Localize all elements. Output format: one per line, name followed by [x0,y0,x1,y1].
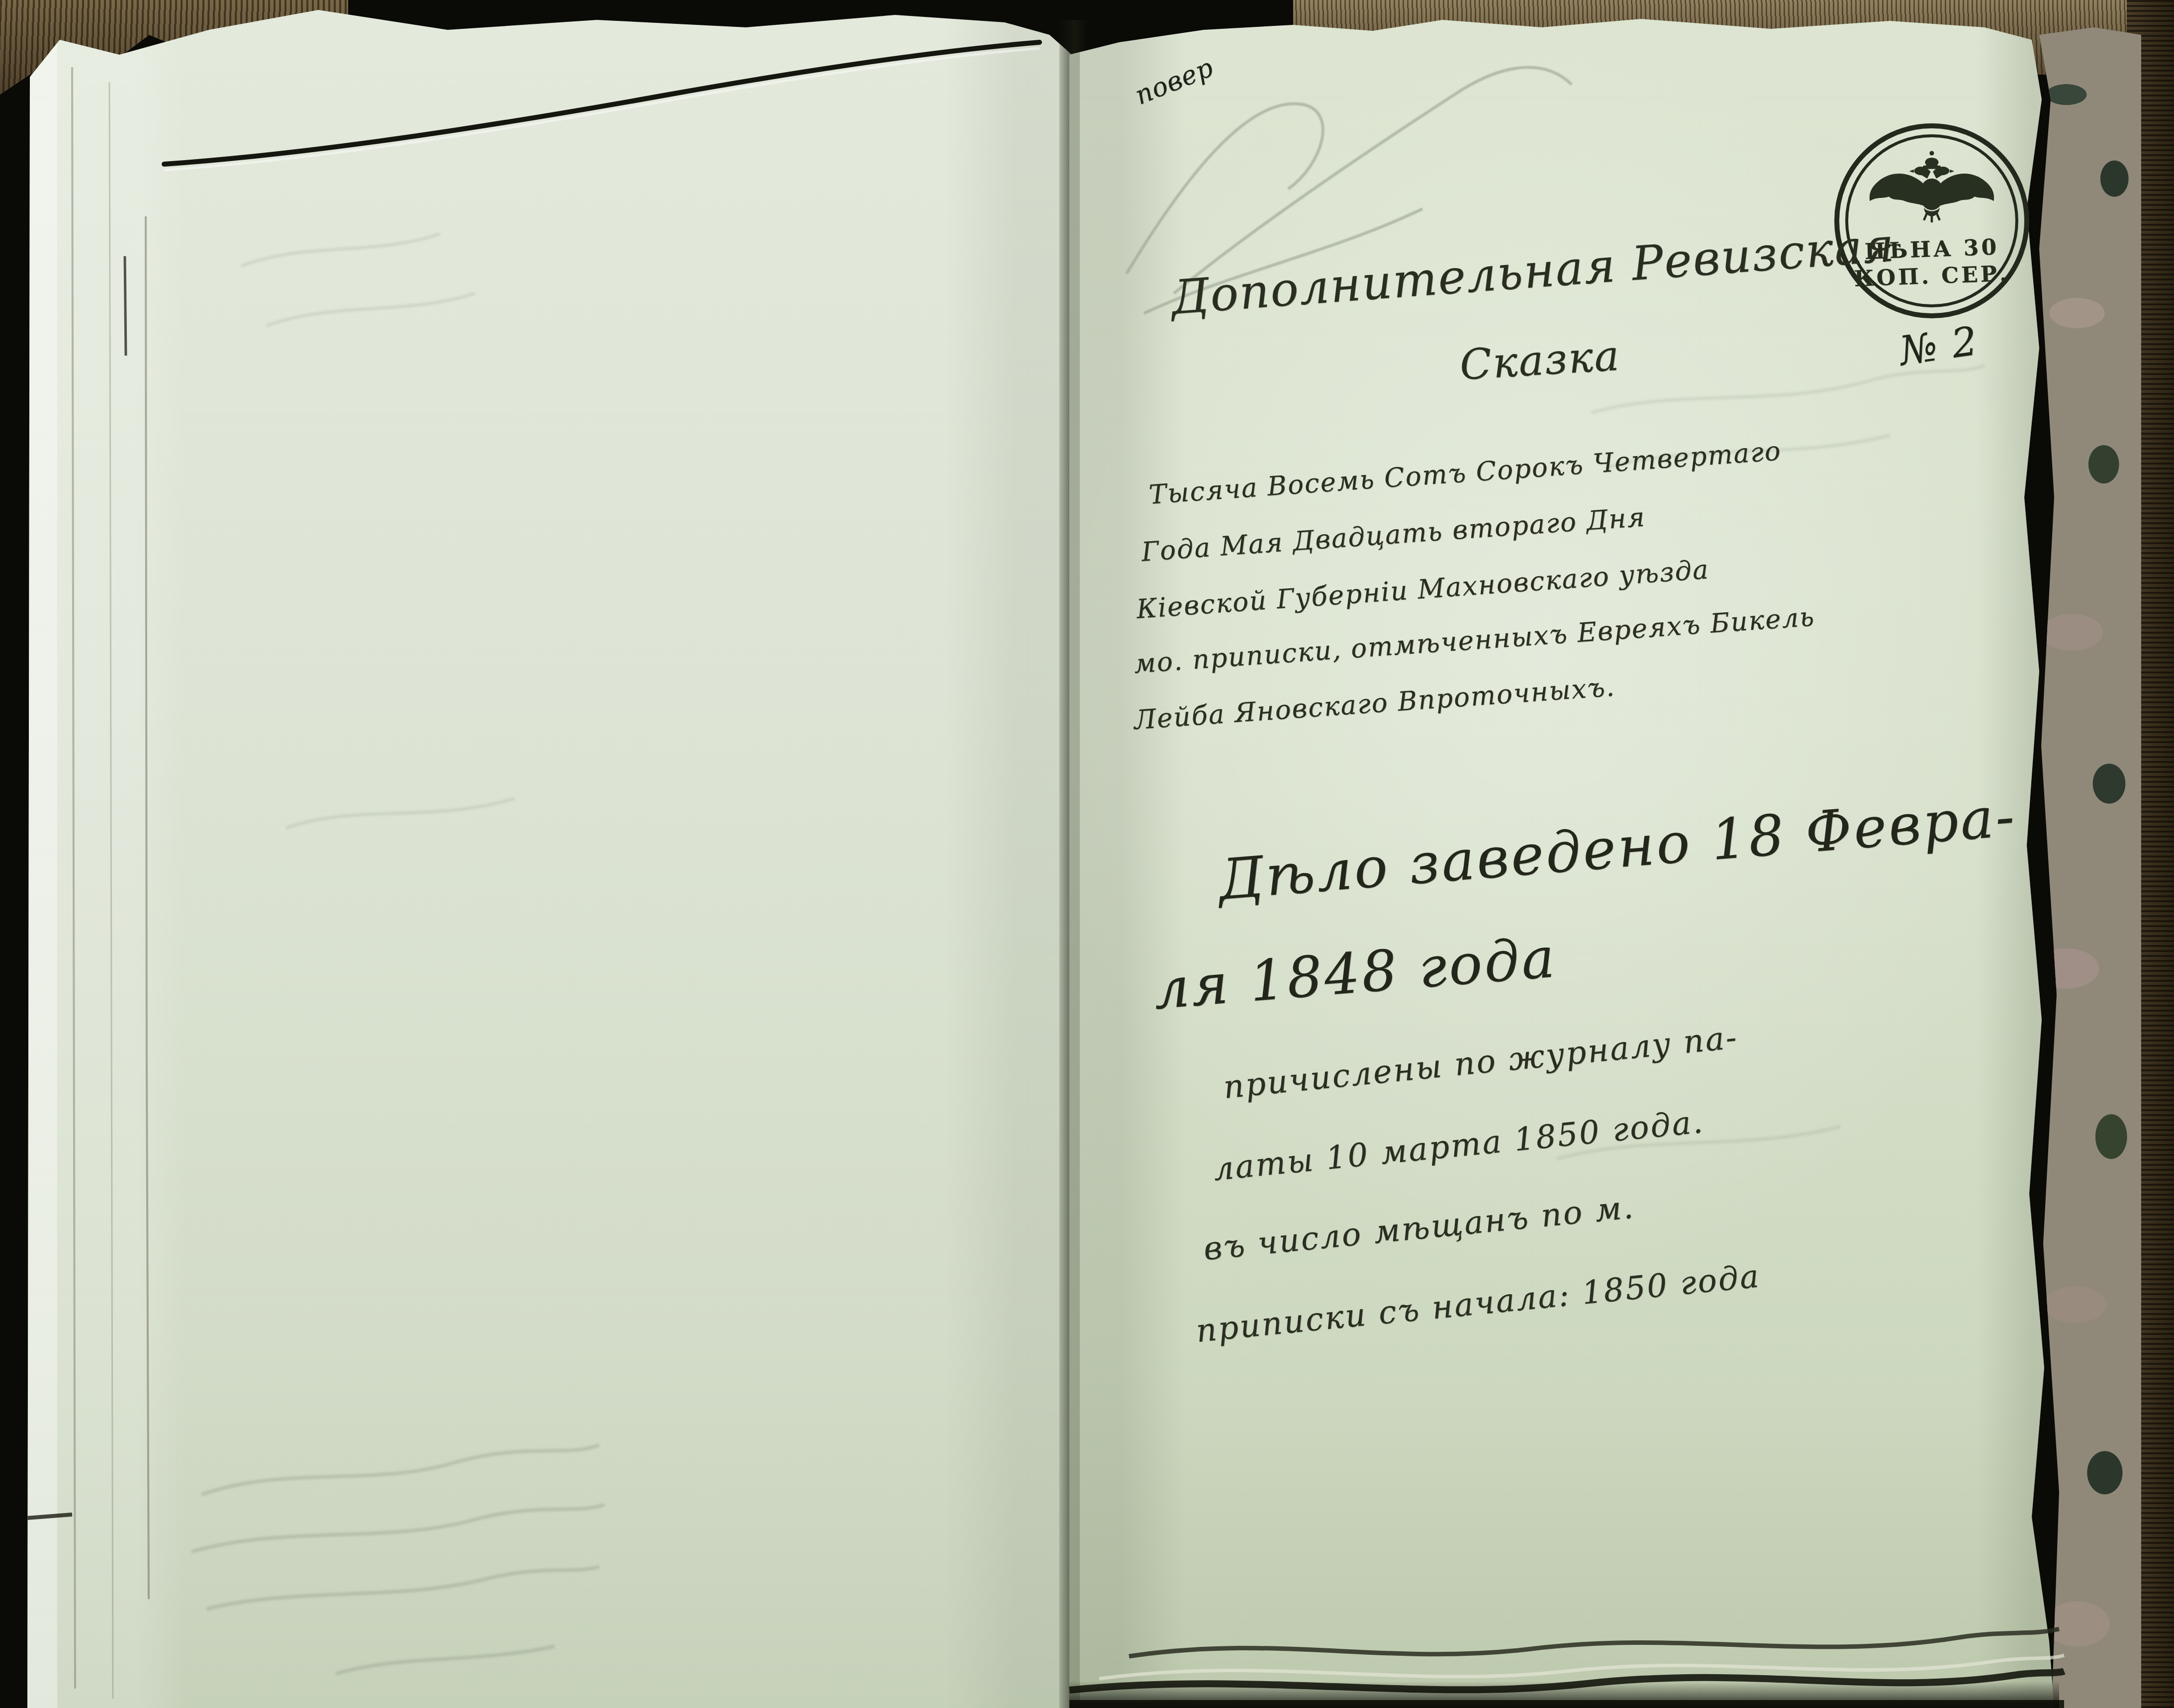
page-edge-crease [146,216,149,1599]
page-edge-crease [109,82,113,1699]
margin-tick [125,256,126,356]
bleedthrough-script [191,1445,604,1674]
bleedthrough-script [241,234,515,828]
ruled-top-line [164,42,1040,164]
page-edge-crease [72,67,75,1689]
document-title-line2: Сказка [1458,331,1621,389]
margin-tick [7,1515,72,1519]
photograph-of-manuscript: повер [0,0,2174,1708]
left-page-marks [27,7,1074,1708]
bottom-page-shadow [1069,1681,2059,1708]
left-page [27,7,1074,1708]
